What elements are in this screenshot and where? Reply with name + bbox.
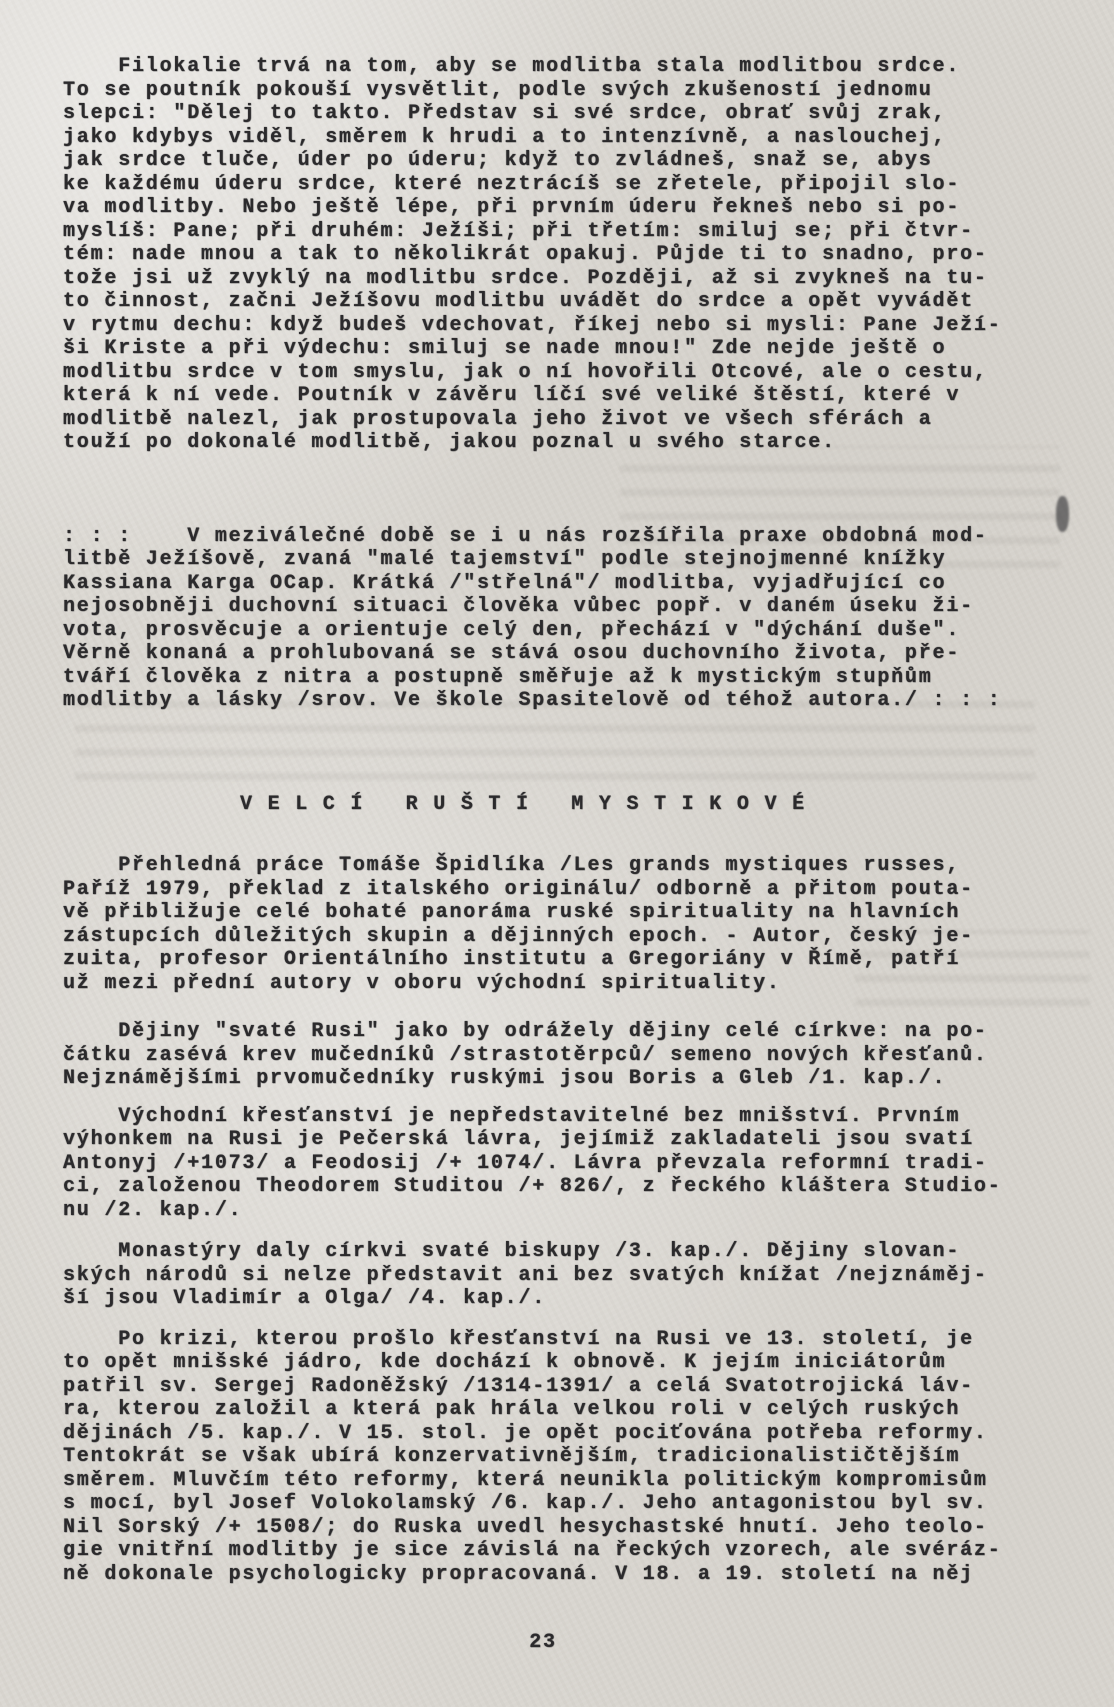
text-column: Filokalie trvá na tom, aby se modlitba s… (63, 0, 1043, 1655)
scanned-typewritten-page: Filokalie trvá na tom, aby se modlitba s… (0, 0, 1114, 1707)
paragraph-monastyry: Monastýry daly církvi svaté biskupy /3. … (63, 1240, 1043, 1311)
paragraph-dejiny-svate-rusi: Dějiny "svaté Rusi" jako by odrážely děj… (63, 1020, 1043, 1091)
page-number: 23 (63, 1631, 1023, 1655)
paragraph-spidlik: Přehledná práce Tomáše Špidlíka /Les gra… (63, 854, 1043, 995)
paragraph-filokalie: Filokalie trvá na tom, aby se modlitba s… (63, 55, 1043, 455)
paragraph-po-krizi: Po krizi, kterou prošlo křesťanství na R… (63, 1328, 1043, 1587)
ink-smudge (1056, 496, 1069, 532)
section-heading-velci-rusti-mystikove: V E L C Í R U Š T Í M Y S T I K O V É (240, 793, 1043, 817)
paragraph-vychodni-krestanstvi: Východní křesťanství je nepředstavitelné… (63, 1105, 1043, 1223)
paragraph-mezivalecna-praxe: : : : V meziválečné době se i u nás rozš… (63, 525, 1043, 713)
